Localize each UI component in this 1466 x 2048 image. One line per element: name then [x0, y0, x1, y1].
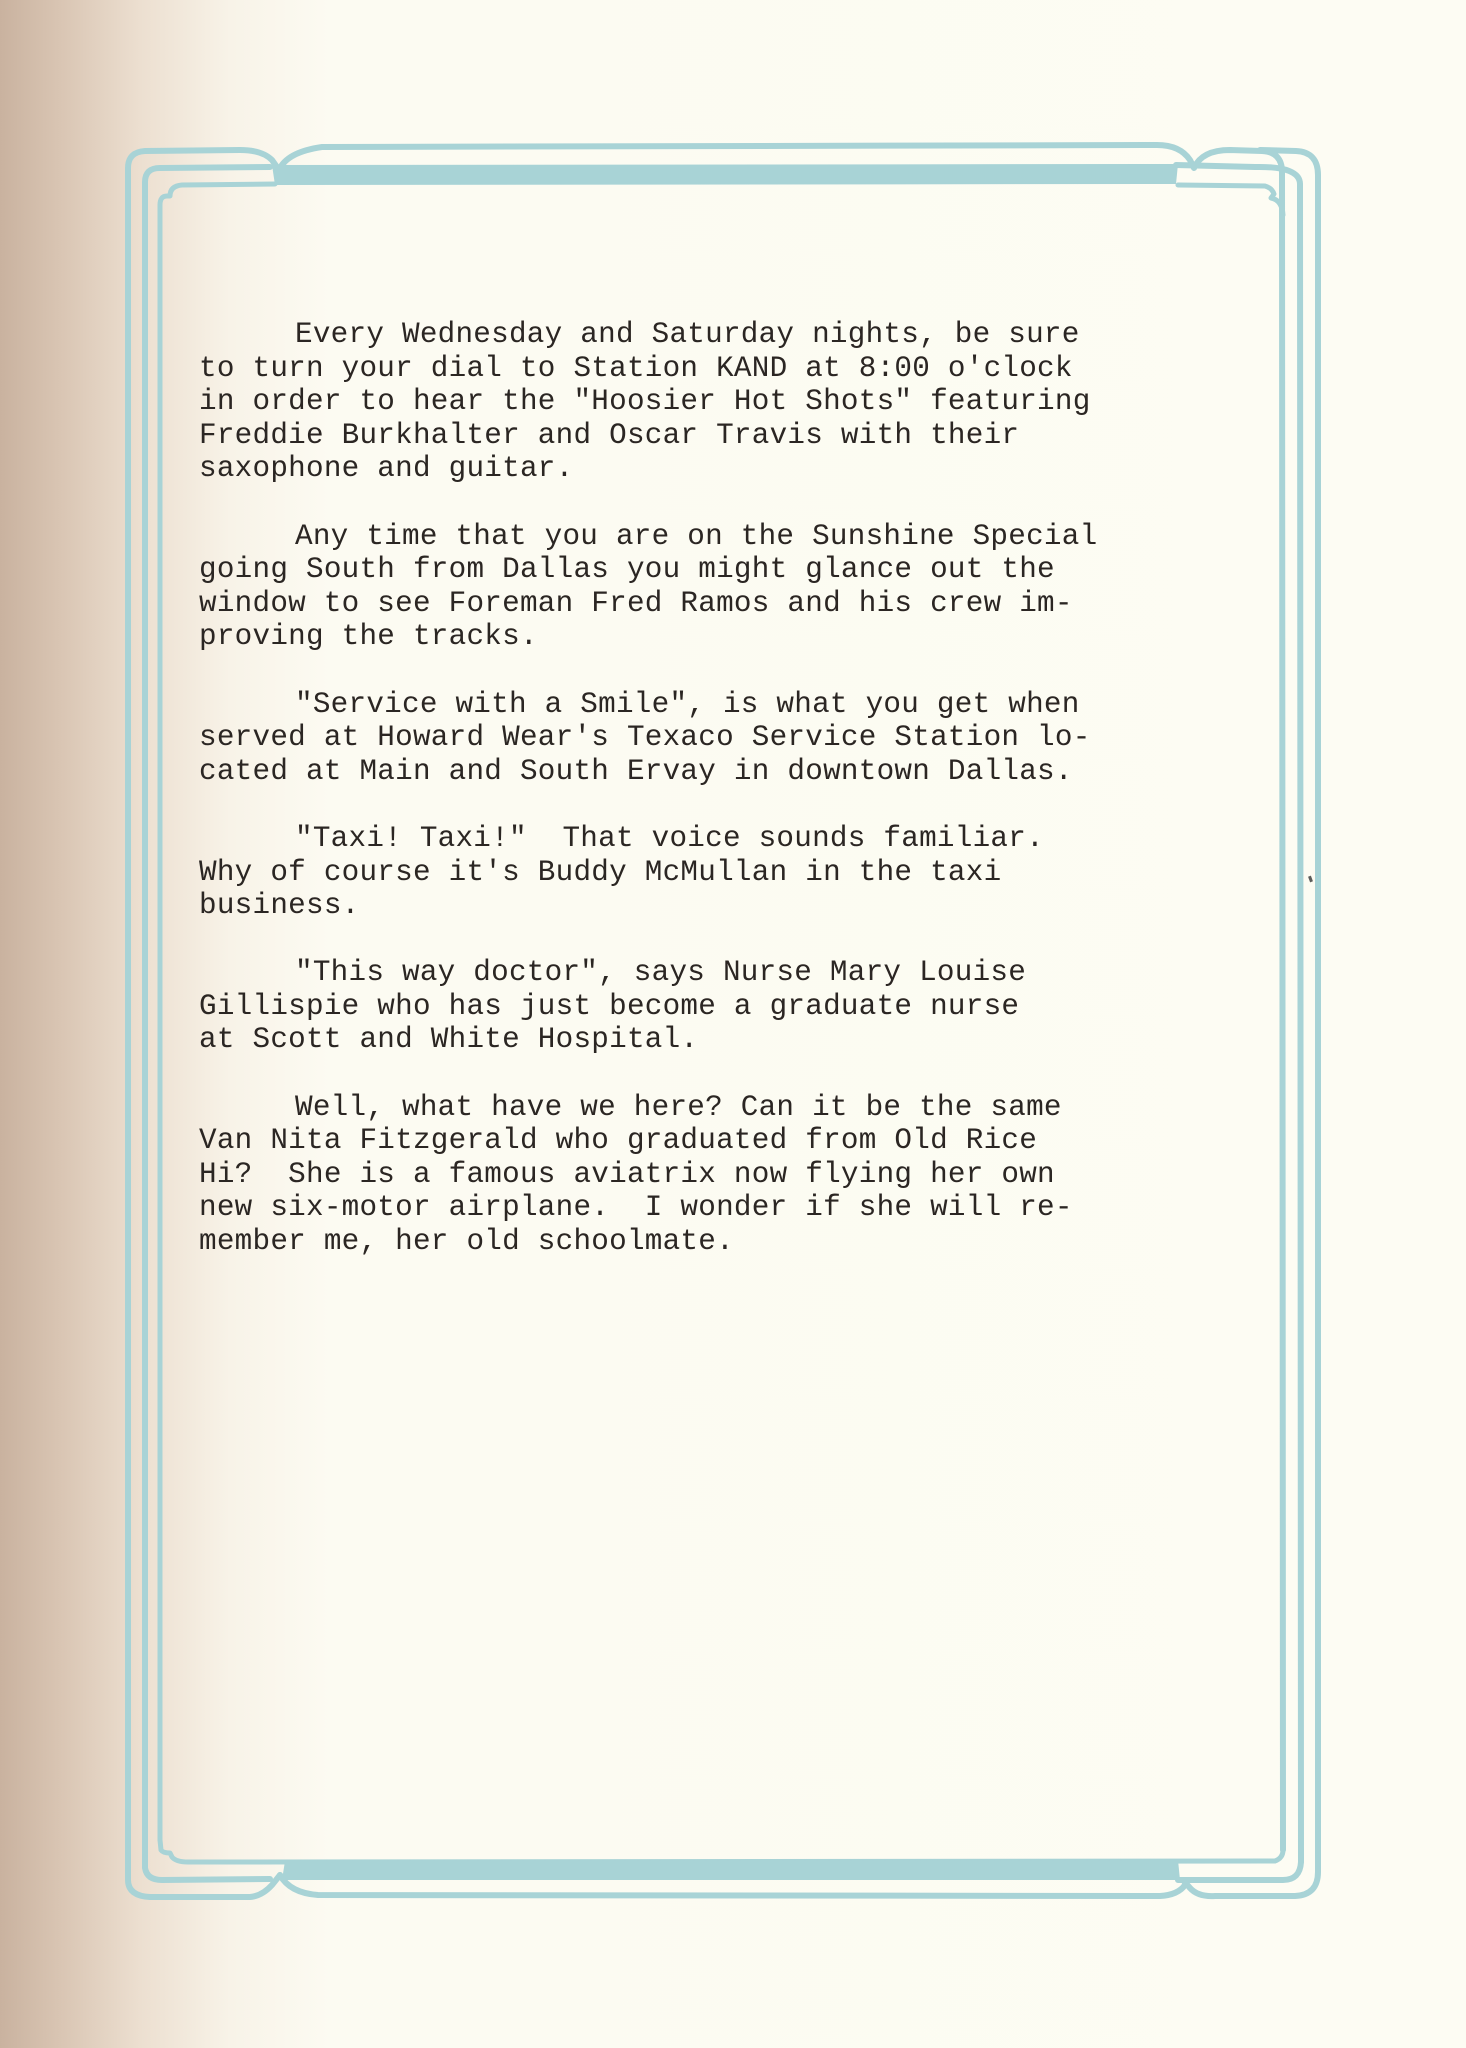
text-line: Any time that you are on the Sunshine Sp…: [199, 520, 1249, 554]
paragraph-aviatrix: Well, what have we here? Can it be the s…: [199, 1091, 1249, 1259]
paragraph-sunshine-special: Any time that you are on the Sunshine Sp…: [199, 520, 1249, 654]
text-line: going South from Dallas you might glance…: [199, 553, 1249, 587]
text-line: "This way doctor", says Nurse Mary Louis…: [199, 956, 1249, 990]
text-line: business.: [199, 889, 1249, 923]
text-line: proving the tracks.: [199, 620, 1249, 654]
text-line: Well, what have we here? Can it be the s…: [199, 1091, 1249, 1125]
text-line: Hi? She is a famous aviatrix now flying …: [199, 1158, 1249, 1192]
text-line: Why of course it's Buddy McMullan in the…: [199, 856, 1249, 890]
typewritten-body: Every Wednesday and Saturday nights, be …: [199, 318, 1249, 1292]
paragraph-nurse: "This way doctor", says Nurse Mary Louis…: [199, 956, 1249, 1057]
text-line: saxophone and guitar.: [199, 452, 1249, 486]
paragraph-service-station: "Service with a Smile", is what you get …: [199, 688, 1249, 789]
paragraph-taxi: "Taxi! Taxi!" That voice sounds familiar…: [199, 822, 1249, 923]
text-line: "Taxi! Taxi!" That voice sounds familiar…: [199, 822, 1249, 856]
text-line: member me, her old schoolmate.: [199, 1225, 1249, 1259]
text-line: in order to hear the "Hoosier Hot Shots"…: [199, 385, 1249, 419]
text-line: cated at Main and South Ervay in downtow…: [199, 755, 1249, 789]
text-line: Every Wednesday and Saturday nights, be …: [199, 318, 1249, 352]
text-line: Van Nita Fitzgerald who graduated from O…: [199, 1124, 1249, 1158]
text-line: new six-motor airplane. I wonder if she …: [199, 1191, 1249, 1225]
text-line: to turn your dial to Station KAND at 8:0…: [199, 352, 1249, 386]
text-line: window to see Foreman Fred Ramos and his…: [199, 587, 1249, 621]
paragraph-radio-show: Every Wednesday and Saturday nights, be …: [199, 318, 1249, 486]
text-line: at Scott and White Hospital.: [199, 1023, 1249, 1057]
text-line: Gillispie who has just become a graduate…: [199, 990, 1249, 1024]
text-line: Freddie Burkhalter and Oscar Travis with…: [199, 419, 1249, 453]
text-line: "Service with a Smile", is what you get …: [199, 688, 1249, 722]
text-line: served at Howard Wear's Texaco Service S…: [199, 721, 1249, 755]
